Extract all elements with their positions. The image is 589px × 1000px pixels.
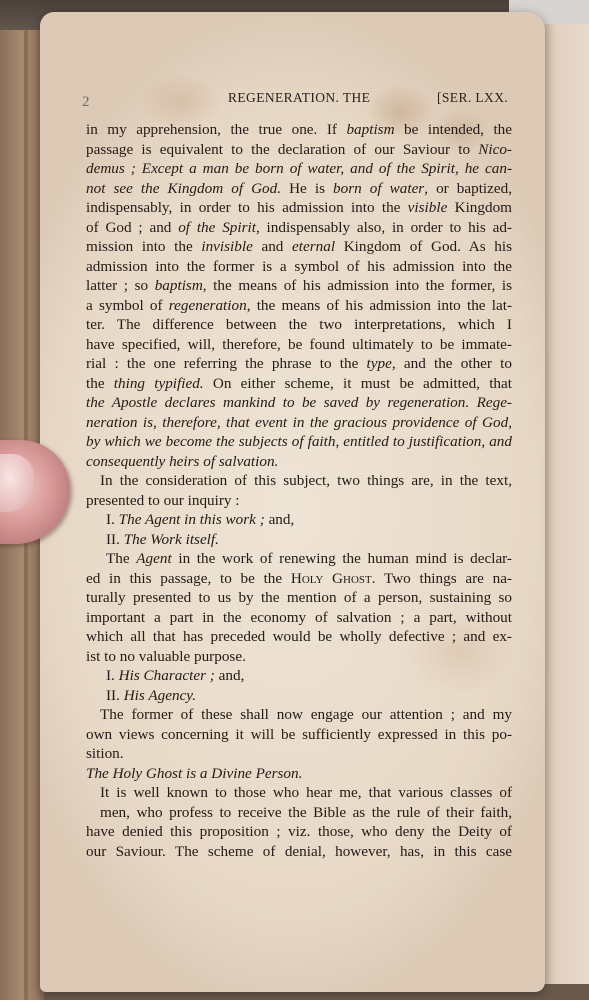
italic-text: His Character ;	[119, 667, 215, 684]
text-line: ter. The difference between the two inte…	[86, 315, 512, 335]
text-line: passage is equivalent to the declaration…	[86, 140, 512, 160]
italic-text: baptism	[155, 277, 203, 294]
text-line: latter ; so baptism, the means of his ad…	[86, 276, 512, 296]
small-caps-text: Holy Ghost	[291, 570, 372, 587]
text-line: In the consideration of this subject, tw…	[86, 471, 512, 491]
text-line: ed in this passage, to be the Holy Ghost…	[86, 569, 512, 589]
text-line: rial : the one referring the phrase to t…	[86, 354, 512, 374]
italic-text: The Holy Ghost is a Divine Person.	[86, 765, 302, 782]
text-line: II. The Work itself.	[86, 530, 512, 550]
italic-text: Nico-	[478, 141, 512, 158]
italic-text: baptism	[346, 121, 394, 138]
text-line: It is well known to those who hear me, t…	[86, 783, 512, 803]
italic-text: His Agency.	[124, 687, 196, 704]
italic-text: visible	[408, 199, 448, 216]
text-line: turally presented to us by the mention o…	[86, 588, 512, 608]
text-line: I. The Agent in this work ; and,	[86, 510, 512, 530]
text-line: own views concerning it will be sufficie…	[86, 725, 512, 745]
text-line: admission into the former is a symbol of…	[86, 257, 512, 277]
italic-text: of the Spirit	[178, 219, 256, 236]
text-line: consequently heirs of salvation.	[86, 452, 512, 472]
italic-text: type	[367, 355, 392, 372]
text-line: men, who profess to receive the Bible as…	[86, 803, 512, 823]
text-line: the Apostle declares mankind to be saved…	[86, 393, 512, 413]
text-line: not see the Kingdom of God. He is born o…	[86, 179, 512, 199]
text-line: indispensably, in order to his admission…	[86, 198, 512, 218]
text-line: demus ; Except a man be born of water, a…	[86, 159, 512, 179]
italic-text: Agent	[136, 550, 171, 567]
page-header: 2 REGENERATION. THE [SER. LXX.	[82, 86, 512, 106]
text-line: a symbol of regeneration, the means of h…	[86, 296, 512, 316]
text-line: have specified, will, therefore, be foun…	[86, 335, 512, 355]
italic-text: The Agent in this work ;	[119, 511, 265, 528]
text-line: I. His Character ; and,	[86, 666, 512, 686]
italic-text: eternal	[292, 238, 335, 255]
text-line: ist to no valuable purpose.	[86, 647, 512, 667]
text-line: mission into the invisible and eternal K…	[86, 237, 512, 257]
text-line: neration is, therefore, that event in th…	[86, 413, 512, 433]
italic-text: regeneration	[169, 297, 247, 314]
running-title: REGENERATION. THE	[228, 90, 370, 106]
text-line: by which we become the subjects of faith…	[86, 432, 512, 452]
text-line: The former of these shall now engage our…	[86, 705, 512, 725]
text-line: The Holy Ghost is a Divine Person.	[86, 764, 512, 784]
italic-text: The Work itself.	[124, 531, 219, 548]
section-label: [SER. LXX.	[437, 90, 508, 106]
text-line: the thing typified. On either scheme, it…	[86, 374, 512, 394]
thumbnail-nail	[0, 454, 34, 512]
italic-text: the Apostle declares mankind to be saved…	[86, 394, 512, 411]
text-line: in my apprehension, the true one. If bap…	[86, 120, 512, 140]
italic-text: thing typified.	[114, 375, 204, 392]
text-line: of God ; and of the Spirit, indispensabl…	[86, 218, 512, 238]
italic-text: by which we become the subjects of faith…	[86, 433, 512, 450]
italic-text: not see the Kingdom of God.	[86, 180, 281, 197]
next-page-edge	[540, 24, 589, 984]
text-line: sition.	[86, 744, 512, 764]
text-line: presented to our inquiry :	[86, 491, 512, 511]
italic-text: invisible	[201, 238, 252, 255]
italic-text: born of water	[333, 180, 424, 197]
text-line: II. His Agency.	[86, 686, 512, 706]
text-line: our Saviour. The scheme of denial, howev…	[86, 842, 512, 862]
text-line: important a part in the economy of salva…	[86, 608, 512, 628]
text-line: have denied this proposition ; viz. thos…	[86, 822, 512, 842]
text-line: which all that has preceded would be who…	[86, 627, 512, 647]
text-line: The Agent in the work of renewing the hu…	[86, 549, 512, 569]
italic-text: demus ; Except a man be born of water, a…	[86, 160, 512, 177]
page-number: 2	[82, 94, 90, 111]
page-body-text: in my apprehension, the true one. If bap…	[86, 120, 512, 861]
italic-text: consequently heirs of salvation.	[86, 453, 278, 470]
italic-text: neration is, therefore, that event in th…	[86, 414, 512, 431]
